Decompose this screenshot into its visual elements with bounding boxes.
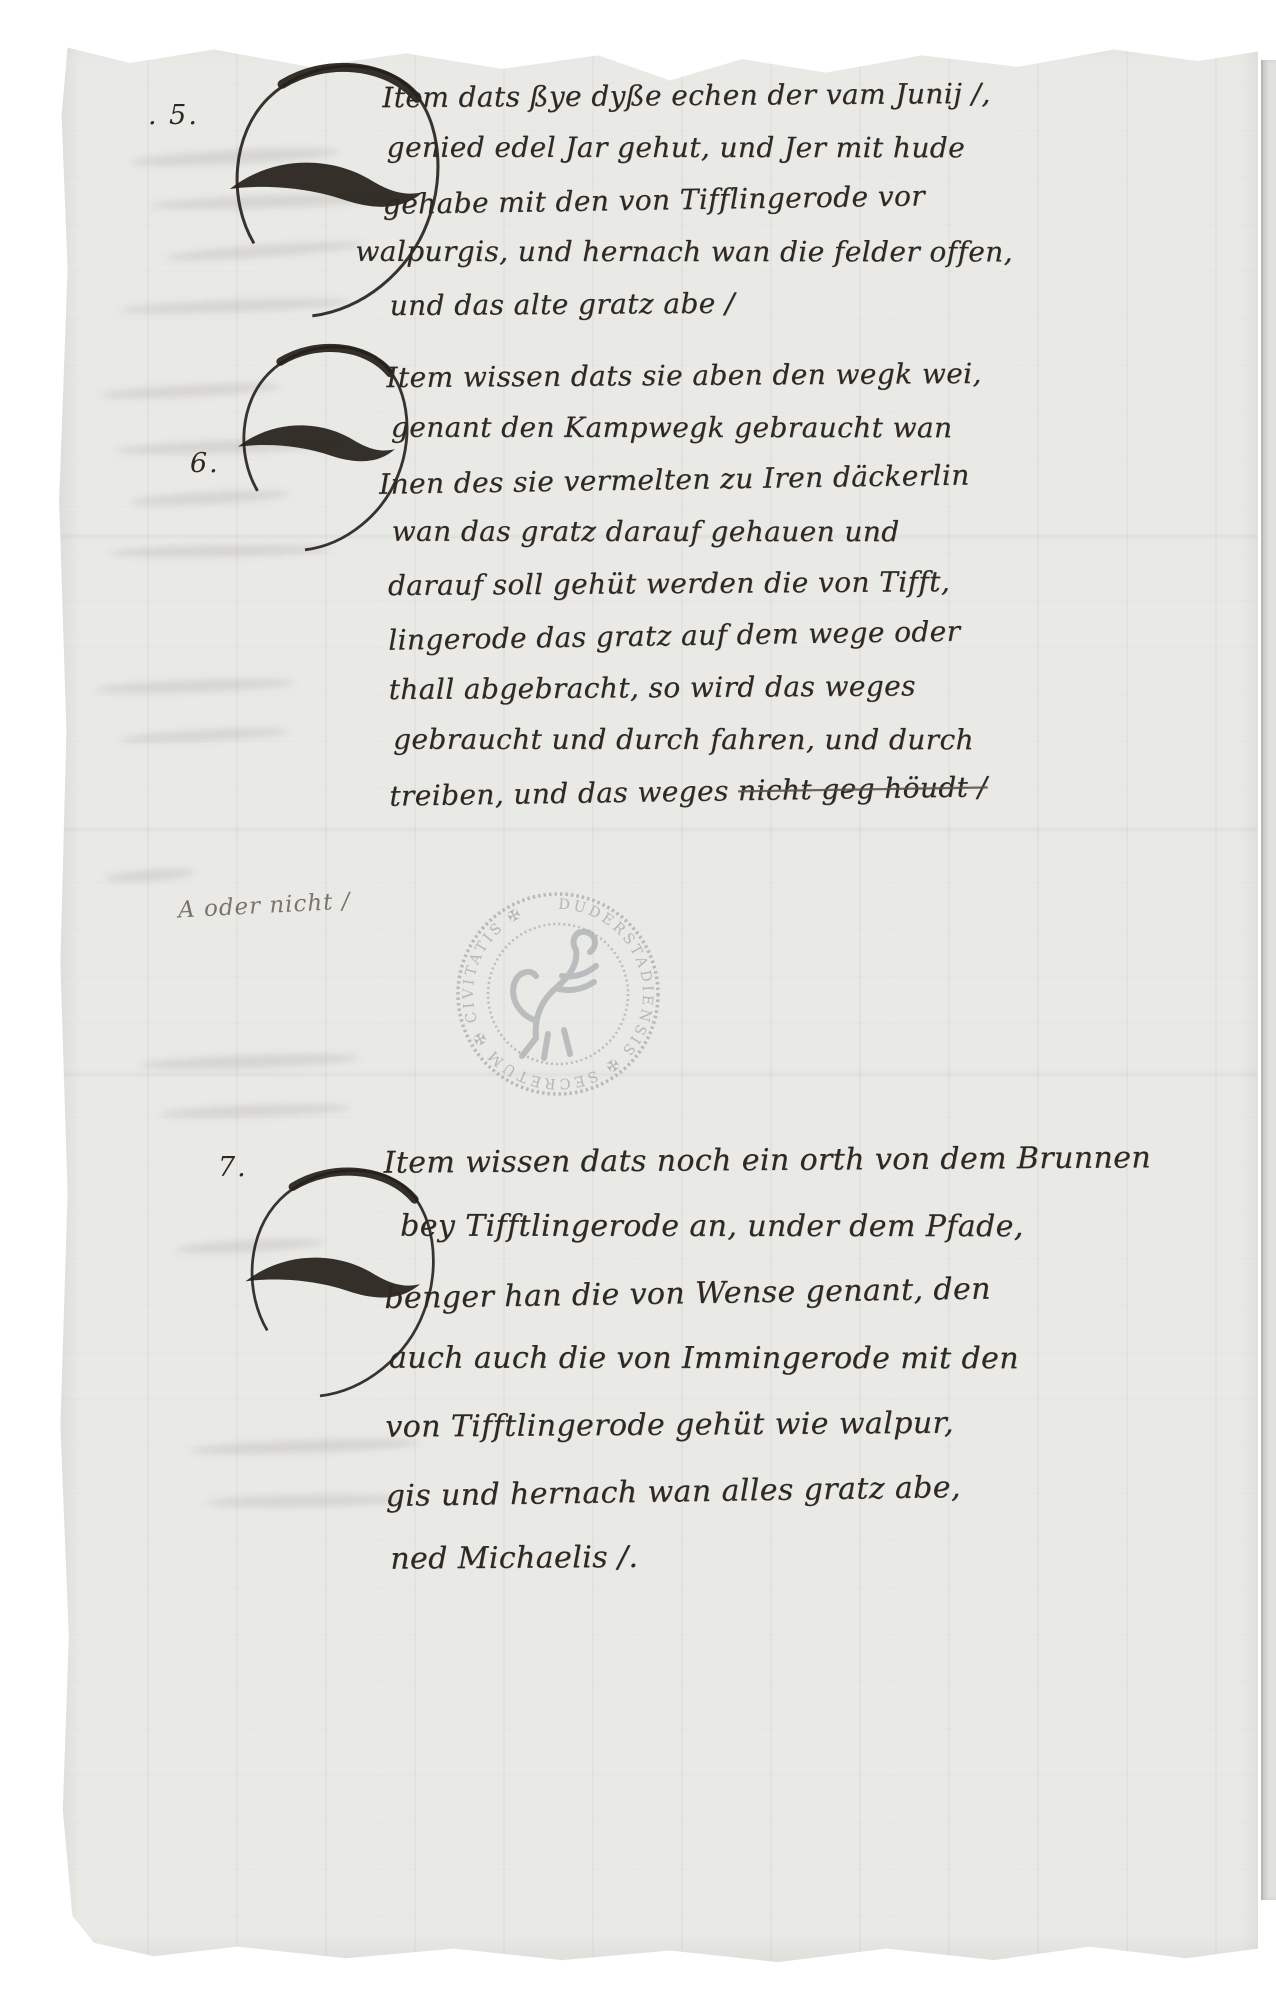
manuscript-line: Inen des sie vermelten zu Iren däckerlin xyxy=(379,461,986,523)
manuscript-line: Item wissen dats noch ein orth von dem B… xyxy=(383,1143,1151,1214)
manuscript-line: genied edel Jar gehut, und Jer mit hude xyxy=(387,134,1013,187)
manuscript-line: gis und hernach wan alles gratz abe, xyxy=(385,1470,1154,1548)
manuscript-line: Item wissen dats sie aben den wegk wei, xyxy=(386,360,985,416)
manuscript-line: walpurgis, und hernach wan die felder of… xyxy=(355,238,1013,291)
seal-graphic: DUDERSTADIENSIS ✠ SECRETUM ✠ CIVITATIS ✠ xyxy=(452,888,664,1100)
manuscript-scan: DUDERSTADIENSIS ✠ SECRETUM ✠ CIVITATIS ✠… xyxy=(0,0,1276,2010)
manuscript-line: gehabe mit den von Tifflingerode vor xyxy=(383,181,1009,243)
archive-seal-stamp: DUDERSTADIENSIS ✠ SECRETUM ✠ CIVITATIS ✠ xyxy=(452,888,664,1100)
paragraph-7: Item wissen dats noch ein orth von dem B… xyxy=(383,1143,1154,1610)
manuscript-line: und das alte gratz abe / xyxy=(390,288,1010,344)
manuscript-line: auch auch die von Immingerode mit den xyxy=(389,1344,1157,1411)
paragraph-number-5: . 5. xyxy=(148,100,199,131)
manuscript-line: wan das gratz darauf gehauen und xyxy=(392,518,990,571)
manuscript-line: genant den Kampwegk gebraucht wan xyxy=(391,414,989,467)
seal-ring-text: DUDERSTADIENSIS ✠ SECRETUM ✠ CIVITATIS ✠ xyxy=(461,897,655,1092)
lion-rampant-icon xyxy=(513,932,596,1058)
manuscript-line: thall abgebracht, so wird das weges xyxy=(389,672,988,728)
manuscript-line: von Tifftlingerode gehüt wie walpur, xyxy=(385,1407,1153,1478)
manuscript-line: gebraucht und durch fahren, und durch xyxy=(393,726,991,779)
paragraph-5: Item dats ßye dyße echen der vam Junij /… xyxy=(382,80,1009,344)
manuscript-line: bey Tifftlingerode an, under dem Pfade, xyxy=(400,1212,1156,1279)
manuscript-line: lingerode das gratz auf dem wege oder xyxy=(388,617,987,678)
struck-text: nicht geg höudt / xyxy=(738,770,988,807)
adjacent-page-edge xyxy=(1261,60,1276,1900)
manuscript-line: ned Michaelis /. xyxy=(390,1539,1154,1610)
paragraph-6: Item wissen dats sie aben den wegk wei, … xyxy=(386,360,987,832)
manuscript-line: benger han die von Wense genant, den xyxy=(384,1272,1153,1350)
manuscript-line: Item dats ßye dyße echen der vam Junij /… xyxy=(382,80,1008,136)
paragraph-number-6: 6. xyxy=(190,448,220,479)
manuscript-line-with-strikethrough: treiben, und das weges nicht geg höudt / xyxy=(389,773,988,834)
svg-text:DUDERSTADIENSIS ✠ SECRETUM ✠ C: DUDERSTADIENSIS ✠ SECRETUM ✠ CIVITATIS ✠ xyxy=(461,897,655,1092)
paragraph-number-7: 7. xyxy=(218,1152,248,1183)
line-text: treiben, und das weges xyxy=(389,774,738,812)
